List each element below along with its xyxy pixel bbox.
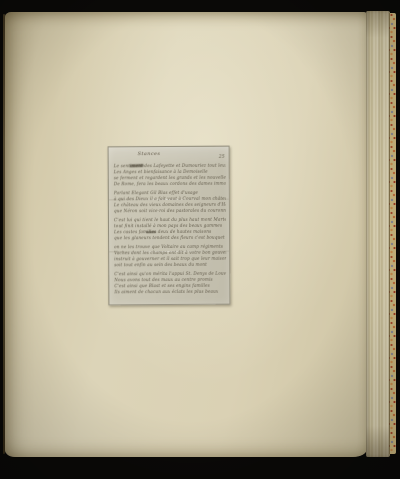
manuscript-title: Stances [138,151,161,157]
ink-blot [130,164,144,167]
gutter-shadow [3,14,5,454]
manuscript-line: De Rome, fera les beaux cordons des dame… [114,181,226,188]
manuscript-line: que Néron soit vice-roi des pastorales d… [114,208,226,215]
stanza: Parlant Elegant Gil Blas effet d'usageà … [114,190,226,215]
manuscript-page-number: 25 [219,155,225,160]
manuscript-line: soit tout enfin au sein des beaux du mon… [114,262,226,269]
stanza: C'est lui qui tient le haut du plus haut… [114,217,226,242]
marbled-cover-edge [389,13,396,454]
manuscript-line: que les glaneurs tendent des fleurs c'es… [114,235,226,242]
manuscript-stanzas: Le sentiment des Lafeyette et Dumouriez … [114,163,227,299]
manuscript-line: Ils aiment de chacun aux éclats les plus… [114,289,226,296]
stanza: C'est ainsi qu'on mérita l'appui St. Den… [114,271,226,296]
stanza: on ne les trouve que Voltaire au camp ré… [114,244,226,269]
photo-of-album-page: Stances 25 Le sentiment des Lafeyette et… [0,0,400,479]
book-fore-edge-pages [366,11,390,457]
mounted-manuscript: Stances 25 Le sentiment des Lafeyette et… [108,146,231,306]
